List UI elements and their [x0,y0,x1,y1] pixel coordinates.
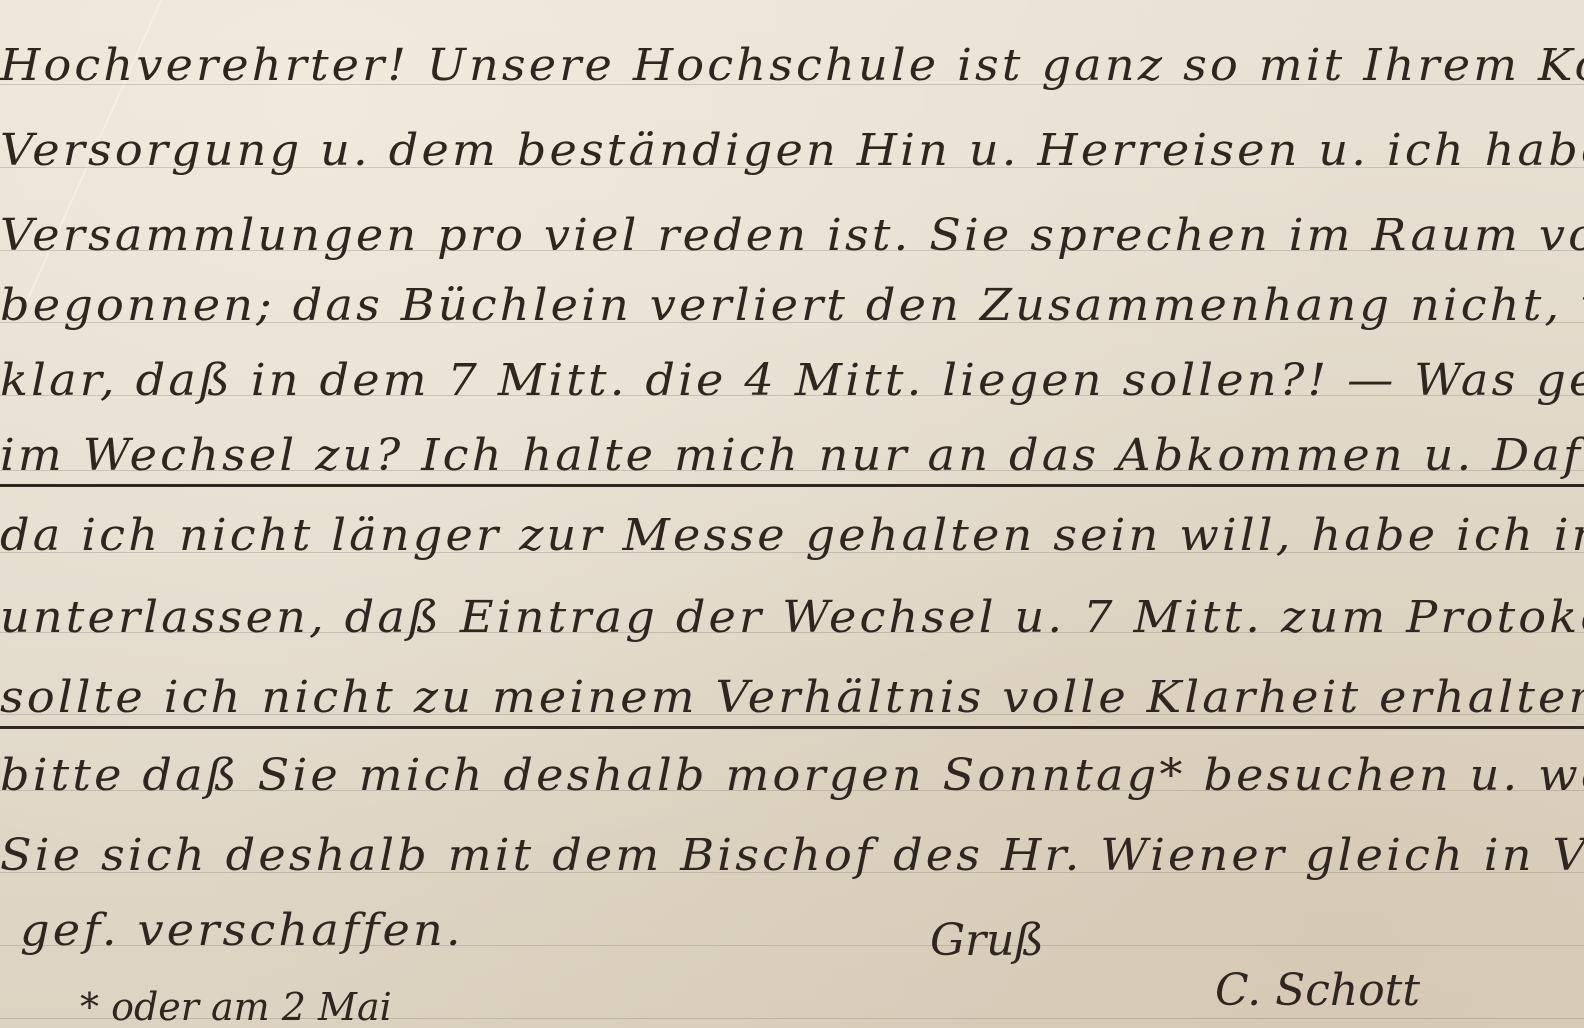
letter-line-8: unterlassen, daß Eintrag der Wechsel u. … [0,592,1584,643]
letter-line-9: sollte ich nicht zu meinem Verhältnis vo… [0,672,1584,723]
letter-line-11: Sie sich deshalb mit dem Bischof des Hr.… [0,830,1584,881]
footnote: * oder am 2 Mai [80,985,392,1028]
letter-line-5: klar, daß in dem 7 Mitt. die 4 Mitt. lie… [0,355,1584,406]
letter-page: Hochverehrter! Unsere Hochschule ist gan… [0,0,1584,1028]
closing-greeting: Gruß [930,915,1044,966]
letter-line-1: Hochverehrter! Unsere Hochschule ist gan… [0,40,1584,91]
letter-line-6: im Wechsel zu? Ich halte mich nur an das… [0,430,1584,481]
letter-line-7: da ich nicht länger zur Messe gehalten s… [0,510,1584,561]
signature: C. Schott [1215,965,1420,1016]
letter-line-10: bitte daß Sie mich deshalb morgen Sonnta… [0,750,1584,801]
letter-line-3: Versammlungen pro viel reden ist. Sie sp… [0,210,1584,261]
letter-line-2: Versorgung u. dem beständigen Hin u. Her… [0,125,1584,176]
letter-line-4: begonnen; das Büchlein verliert den Zusa… [0,280,1584,331]
letter-line-12: gef. verschaffen. [20,905,464,956]
